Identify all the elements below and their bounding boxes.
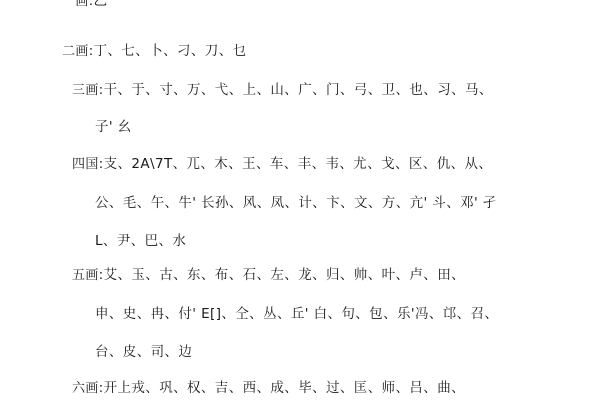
stroke-label: 一画: — [62, 0, 94, 9]
stroke-label: 五画: — [72, 268, 104, 283]
stroke-line-5-cont-2: 台、皮、司、边 — [95, 343, 192, 361]
stroke-chars: L、尹、巴、水 — [95, 233, 186, 249]
stroke-label: 六画: — [72, 381, 104, 396]
stroke-chars: 丁、七、卜、刁、刀、乜 — [94, 43, 247, 59]
stroke-label: 四国: — [72, 157, 104, 172]
stroke-chars: 乙 — [94, 0, 108, 9]
stroke-label: 二画: — [62, 44, 94, 59]
stroke-line-2: 二画:丁、七、卜、刁、刀、乜 — [62, 42, 247, 61]
stroke-line-1: 一画:乙 — [62, 0, 108, 11]
stroke-chars: 子' 幺 — [95, 119, 132, 135]
stroke-chars: 干、于、寸、万、弋、上、山、广、门、弓、卫、也、习、马、 — [104, 82, 493, 98]
stroke-line-3-cont: 子' 幺 — [95, 118, 132, 136]
stroke-line-4-cont-2: L、尹、巴、水 — [95, 232, 186, 250]
stroke-line-6: 六画:开上戎、巩、权、吉、西、成、毕、过、匡、师、吕、曲、 — [72, 379, 465, 398]
stroke-chars: 开上戎、巩、权、吉、西、成、毕、过、匡、师、吕、曲、 — [104, 380, 465, 396]
stroke-label: 三画: — [72, 83, 104, 98]
stroke-line-3: 三画:干、于、寸、万、弋、上、山、广、门、弓、卫、也、习、马、 — [72, 81, 493, 100]
stroke-chars: 公、毛、午、牛' 长孙、风、凤、计、卞、文、方、亢' 斗、邓' 孑 — [95, 195, 497, 211]
stroke-chars: 台、皮、司、边 — [95, 344, 192, 360]
stroke-line-4: 四国:支、2A\7T、兀、木、王、车、丰、韦、尤、戈、区、仇、从、 — [72, 155, 492, 174]
stroke-chars: 申、史、冉、付' E[]、仝、丛、丘' 白、句、包、乐'冯、邙、召、 — [95, 306, 498, 322]
stroke-line-5: 五画:艾、玉、古、东、布、石、左、龙、归、帅、叶、卢、田、 — [72, 266, 465, 285]
stroke-chars: 支、2A\7T、兀、木、王、车、丰、韦、尤、戈、区、仇、从、 — [104, 156, 493, 172]
stroke-line-4-cont-1: 公、毛、午、牛' 长孙、风、凤、计、卞、文、方、亢' 斗、邓' 孑 — [95, 194, 497, 212]
stroke-line-5-cont-1: 申、史、冉、付' E[]、仝、丛、丘' 白、句、包、乐'冯、邙、召、 — [95, 305, 498, 323]
stroke-chars: 艾、玉、古、东、布、石、左、龙、归、帅、叶、卢、田、 — [104, 267, 465, 283]
